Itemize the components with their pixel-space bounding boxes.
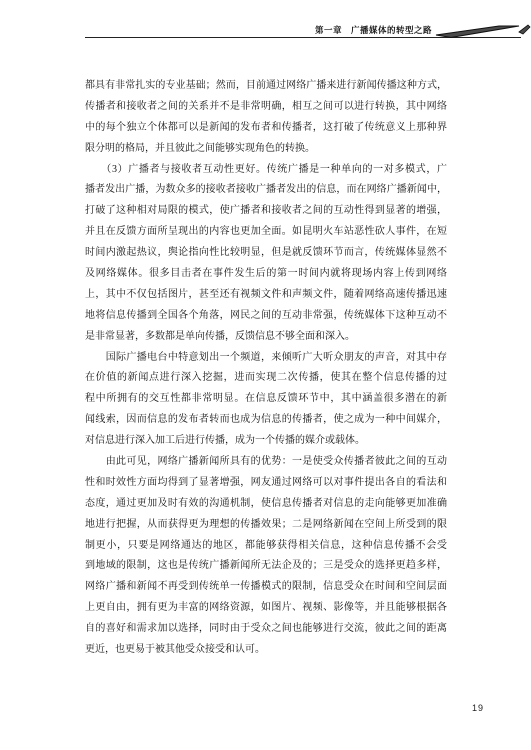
text-line: 播者发出广播，为数众多的接收者接收广播者发出的信息，而在网络广播新闻中， <box>85 180 447 201</box>
text-line: 并且在反馈方面所呈现出的内容也更加全面。如昆明火车站恶性砍人事件，在短 <box>85 222 447 243</box>
text-line: 程中所拥有的交互性都非常明显。在信息反馈环节中，其中涵盖很多潜在的新 <box>85 389 447 410</box>
text-line: 时间内激起热议，舆论指向性比较明显，但是就反馈环节而言，传统媒体显然不 <box>85 243 447 264</box>
text-line: 上更自由，拥有更为丰富的网络资源，如图片、视频、影像等，并且能够根据各 <box>85 598 447 619</box>
text-line: 都具有非常扎实的专业基础；然而，目前通过网络广播来进行新闻传播这种方式， <box>85 76 447 97</box>
text-line: 在价值的新闻点进行深入挖掘，进而实现二次传播，使其在整个信息传播的过 <box>85 368 447 389</box>
text-line: 对信息进行深入加工后进行传播，成为一个传播的媒介或载体。 <box>85 431 447 452</box>
text-line: 由此可见，网络广播新闻所具有的优势：一是使受众传播者彼此之间的互动 <box>85 452 447 473</box>
text-line: 传播者和接收者之间的关系并不是非常明确，相互之间可以进行转换，其中网络 <box>85 97 447 118</box>
text-line: 态度，通过更加及时有效的沟通机制，使信息传播者对信息的走向能够更加准确 <box>85 494 447 515</box>
text-line: 中的每个独立个体都可以是新闻的发布者和传播者，这打破了传统意义上那种界 <box>85 118 447 139</box>
body-text: 都具有非常扎实的专业基础；然而，目前通过网络广播来进行新闻传播这种方式，传播者和… <box>85 76 447 661</box>
header-swoosh-decoration <box>435 23 531 40</box>
text-line: 及网络媒体。很多目击者在事件发生后的第一时间内就将现场内容上传到网络 <box>85 264 447 285</box>
text-line: 网络广播和新闻不再受到传统单一传播模式的限制，信息受众在时间和空间层面 <box>85 577 447 598</box>
text-line: 闻线索，因而信息的发布者转而也成为信息的传播者，使之成为一种中间媒介， <box>85 410 447 431</box>
text-line: （3）广播者与接收者互动性更好。传统广播是一种单向的一对多模式，广 <box>85 160 447 181</box>
text-line: 性和时效性方面均得到了显著增强，网友通过网络可以对事件提出各自的看法和 <box>85 473 447 494</box>
book-page: 第一章广播媒体的转型之路 都具有非常扎实的专业基础；然而，目前通过网络广播来进行… <box>0 0 531 750</box>
text-line: 更近，也更易于被其他受众接受和认可。 <box>85 640 447 661</box>
chapter-label: 第一章 <box>315 25 342 35</box>
text-line: 地进行把握，从而获得更为理想的传播效果；二是网络新闻在空间上所受到的限 <box>85 515 447 536</box>
page-number: 19 <box>472 703 484 713</box>
text-line: 是非常显著，多数都是单向传播，反馈信息不够全面和深入。 <box>85 327 447 348</box>
text-line: 地将信息传播到全国各个角落，网民之间的互动非常强，传统媒体下这种互动不 <box>85 306 447 327</box>
text-line: 打破了这种相对局限的模式，使广播者和接收者之间的互动性得到显著的增强， <box>85 201 447 222</box>
text-line: 自的喜好和需求加以选择，同时由于受众之间也能够进行交流，彼此之间的距离 <box>85 619 447 640</box>
text-line: 限分明的格局，并且彼此之间能够实现角色的转换。 <box>85 139 447 160</box>
text-line: 上，其中不仅包括图片，甚至还有视频文件和声频文件，随着网络高速传播迅速 <box>85 285 447 306</box>
text-line: 国际广播电台中特意划出一个频道，来倾听广大听众朋友的声音，对其中存 <box>85 348 447 369</box>
text-line: 制更小，只要是网络通达的地区，都能够获得相关信息，这种信息传播不会受 <box>85 536 447 557</box>
text-line: 到地域的限制，这也是传统广播新闻所无法企及的；三是受众的选择更趋多样， <box>85 556 447 577</box>
page-header: 第一章广播媒体的转型之路 <box>315 24 432 36</box>
chapter-title: 广播媒体的转型之路 <box>351 25 432 35</box>
